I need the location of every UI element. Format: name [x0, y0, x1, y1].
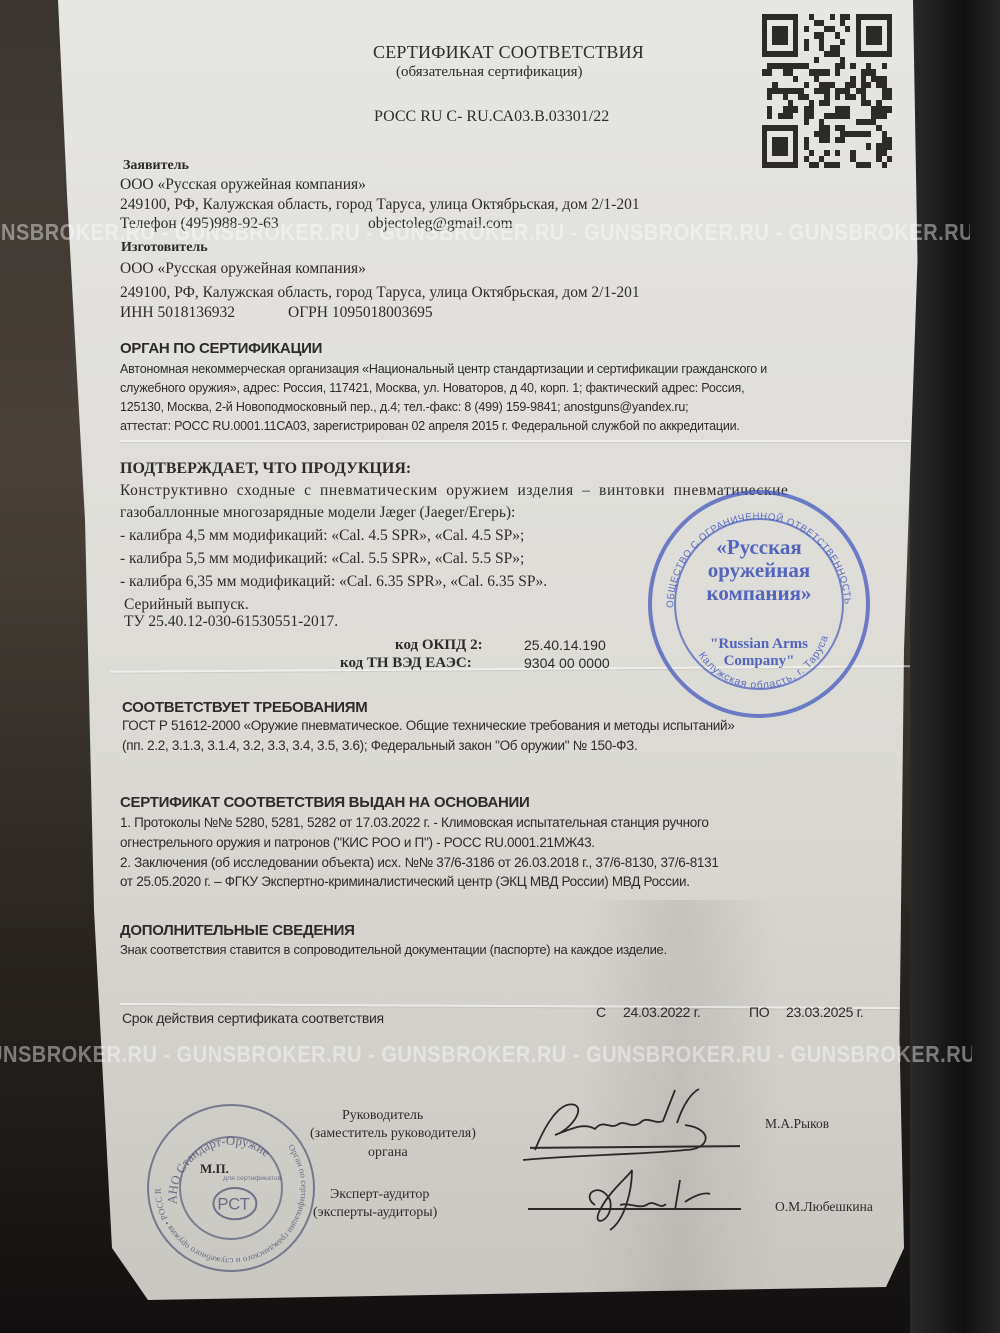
certificate-title: СЕРТИФИКАТ СООТВЕТСТВИЯ — [373, 42, 644, 63]
seal-label: М.П. — [200, 1161, 229, 1177]
validity-label: Срок действия сертификата соответствия — [122, 1010, 384, 1026]
company-stamp: ОБЩЕСТВО С ОГРАНИЧЕННОЙ ОТВЕТСТВЕННОСТЬЮ… — [648, 490, 870, 718]
head-label: органа — [368, 1145, 408, 1161]
certification-body-line: 125130, Москва, 2-й Новоподмосковный пер… — [120, 400, 688, 414]
stamp-line: "Russian Arms — [652, 636, 866, 653]
manufacturer-name: ООО «Русская оружейная компания» — [120, 260, 366, 278]
basis-line: 2. Заключения (об исследовании объекта) … — [120, 855, 719, 870]
svg-text:РСТ: РСТ — [217, 1194, 249, 1213]
tnved-label: код ТН ВЭД ЕАЭС: — [340, 655, 472, 672]
applicant-address: 249100, РФ, Калужская область, город Тар… — [120, 196, 640, 214]
product-heading: ПОДТВЕРЖДАЕТ, ЧТО ПРОДУКЦИЯ: — [120, 460, 411, 478]
basis-line: от 25.05.2020 г. – ФГКУ Экспертно-кримин… — [120, 874, 690, 889]
product-line: - калибра 4,5 мм модификаций: «Cal. 4.5 … — [120, 527, 524, 545]
product-line: Серийный выпуск. — [124, 596, 249, 614]
stamp-line: Company" — [652, 653, 866, 670]
requirements-line: ГОСТ Р 51612-2000 «Оружие пневматическое… — [122, 718, 735, 733]
registration-number: РОСС RU С- RU.СА03.В.03301/22 — [374, 108, 609, 126]
expert-name: О.М.Любешкина — [775, 1199, 873, 1215]
watermark: GUNSBROKER.RU - GUNSBROKER.RU - GUNSBROK… — [0, 220, 970, 246]
validity-from-label: С — [596, 1004, 606, 1020]
additional-text: Знак соответствия ставится в сопроводите… — [120, 942, 667, 957]
okpd2-value: 25.40.14.190 — [524, 637, 606, 653]
head-signature — [515, 1085, 745, 1165]
expert-signature — [570, 1160, 720, 1240]
stamp-ring-text: Орган по сертификации гражданского и слу… — [149, 1106, 313, 1270]
requirements-heading: СООТВЕТСТВУЕТ ТРЕБОВАНИЯМ — [122, 699, 367, 716]
background-right — [910, 0, 1000, 1333]
product-line: газобаллонные многозарядные модели Jæger… — [120, 504, 515, 522]
manufacturer-inn: ИНН 5018136932 — [120, 304, 235, 322]
head-label: (заместитель руководителя) — [310, 1126, 476, 1142]
certification-body-line: аттестат: РОСС RU.0001.11СА03, зарегистр… — [120, 419, 740, 433]
manufacturer-ogrn: ОГРН 1095018003695 — [288, 304, 433, 322]
stamp-company-name-ru: «Русская оружейная компания» — [652, 536, 866, 605]
qr-code-icon — [762, 14, 892, 168]
product-line: - калибра 5,5 мм модификаций: «Cal. 5.5 … — [120, 550, 524, 568]
head-name: М.А.Рыков — [765, 1116, 829, 1132]
paper-fold — [120, 440, 910, 442]
validity-to-date: 23.03.2025 г. — [786, 1004, 863, 1020]
validity-from-date: 24.03.2022 г. — [623, 1004, 700, 1020]
applicant-label: Заявитель — [123, 158, 189, 174]
validity-to-label: ПО — [749, 1004, 769, 1020]
applicant-name: ООО «Русская оружейная компания» — [120, 176, 366, 194]
certification-body-heading: ОРГАН ПО СЕРТИФИКАЦИИ — [120, 340, 322, 357]
certification-body-line: Автономная некоммерческая организация «Н… — [120, 362, 767, 376]
requirements-line: (пп. 2.2, 3.1.3, 3.1.4, 3.2, 3.3, 3.4, 3… — [122, 738, 637, 753]
watermark: GUNSBROKER.RU - GUNSBROKER.RU - GUNSBROK… — [0, 1042, 972, 1068]
okpd2-label: код ОКПД 2: — [395, 637, 483, 654]
stamp-line: оружейная — [652, 559, 866, 582]
certification-body-stamp: Орган по сертификации гражданского и слу… — [147, 1104, 315, 1272]
product-line: ТУ 25.40.12-030-61530551-2017. — [124, 613, 338, 631]
stamp-company-name-en: "Russian Arms Company" — [652, 636, 866, 670]
additional-heading: ДОПОЛНИТЕЛЬНЫЕ СВЕДЕНИЯ — [120, 922, 355, 939]
manufacturer-address: 249100, РФ, Калужская область, город Тар… — [120, 284, 640, 302]
certification-body-line: служебного оружия», адрес: Россия, 11742… — [120, 381, 744, 395]
stamp-line: «Русская — [652, 536, 866, 559]
head-label: Руководитель — [342, 1108, 423, 1124]
tnved-value: 9304 00 0000 — [524, 655, 610, 671]
basis-heading: СЕРТИФИКАТ СООТВЕТСТВИЯ ВЫДАН НА ОСНОВАН… — [120, 794, 529, 811]
expert-label: (эксперты-аудиторы) — [313, 1205, 437, 1221]
svg-text:для сертификатов: для сертификатов — [223, 1175, 281, 1182]
basis-line: огнестрельного оружия и патронов ("КИС Р… — [120, 835, 595, 850]
expert-label: Эксперт-аудитор — [330, 1187, 429, 1203]
stamp-line: компания» — [652, 582, 866, 605]
product-line: - калибра 6,35 мм модификаций: «Cal. 6.3… — [120, 573, 547, 591]
basis-line: 1. Протоколы №№ 5280, 5281, 5282 от 17.0… — [120, 815, 709, 830]
certificate-subtitle: (обязательная сертификация) — [396, 64, 583, 81]
